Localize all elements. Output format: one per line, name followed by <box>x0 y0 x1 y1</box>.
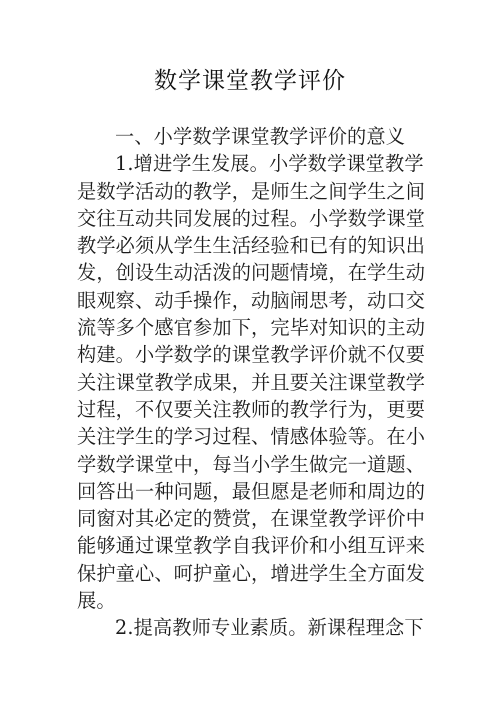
paragraph-line: 展。 <box>77 587 427 614</box>
paragraph-line: 发，创设生动活泼的问题情境，在学生动 <box>77 259 427 286</box>
paragraph-line: 同窗对其必定的赞赏，在课堂教学评价中 <box>77 505 427 532</box>
document-title: 数学课堂教学评价 <box>0 66 500 96</box>
paragraph-line: 关注学生的学习过程、情感体验等。在小 <box>77 423 427 450</box>
paragraph-line: 交往互动共同发展的过程。小学数学课堂 <box>77 205 427 232</box>
paragraph-line: 眼观察、动手操作，动脑闹思考，动口交 <box>77 287 427 314</box>
paragraph-line: 保护童心、呵护童心，增进学生全方面发 <box>77 560 427 587</box>
paragraph-line: 回答出一种问题，最但愿是老师和周边的 <box>77 478 427 505</box>
paragraph-line: 流等多个感官参加下，完毕对知识的主动 <box>77 314 427 341</box>
paragraph-line: 教学必须从学生生活经验和已有的知识出 <box>77 232 427 259</box>
paragraph-line: 过程，不仅要关注教师的教学行为，更要 <box>77 396 427 423</box>
paragraph-line: 2.提高教师专业素质。新课程理念下 <box>77 614 427 641</box>
document-body: 一、小学数学课堂教学评价的意义 1.增进学生发展。小学数学课堂教学 是数学活动的… <box>77 123 427 642</box>
paragraph-line: 关注课堂教学成果，并且要关注课堂教学 <box>77 369 427 396</box>
paragraph-line: 构建。小学数学的课堂教学评价就不仅要 <box>77 341 427 368</box>
paragraph-line: 能够通过课堂教学自我评价和小组互评来 <box>77 532 427 559</box>
document-page: 数学课堂教学评价 一、小学数学课堂教学评价的意义 1.增进学生发展。小学数学课堂… <box>0 0 500 707</box>
section-heading: 一、小学数学课堂教学评价的意义 <box>77 123 427 150</box>
paragraph-line: 1.增进学生发展。小学数学课堂教学 <box>77 150 427 177</box>
paragraph-line: 是数学活动的教学，是师生之间学生之间 <box>77 178 427 205</box>
paragraph-line: 学数学课堂中，每当小学生做完一道题、 <box>77 451 427 478</box>
